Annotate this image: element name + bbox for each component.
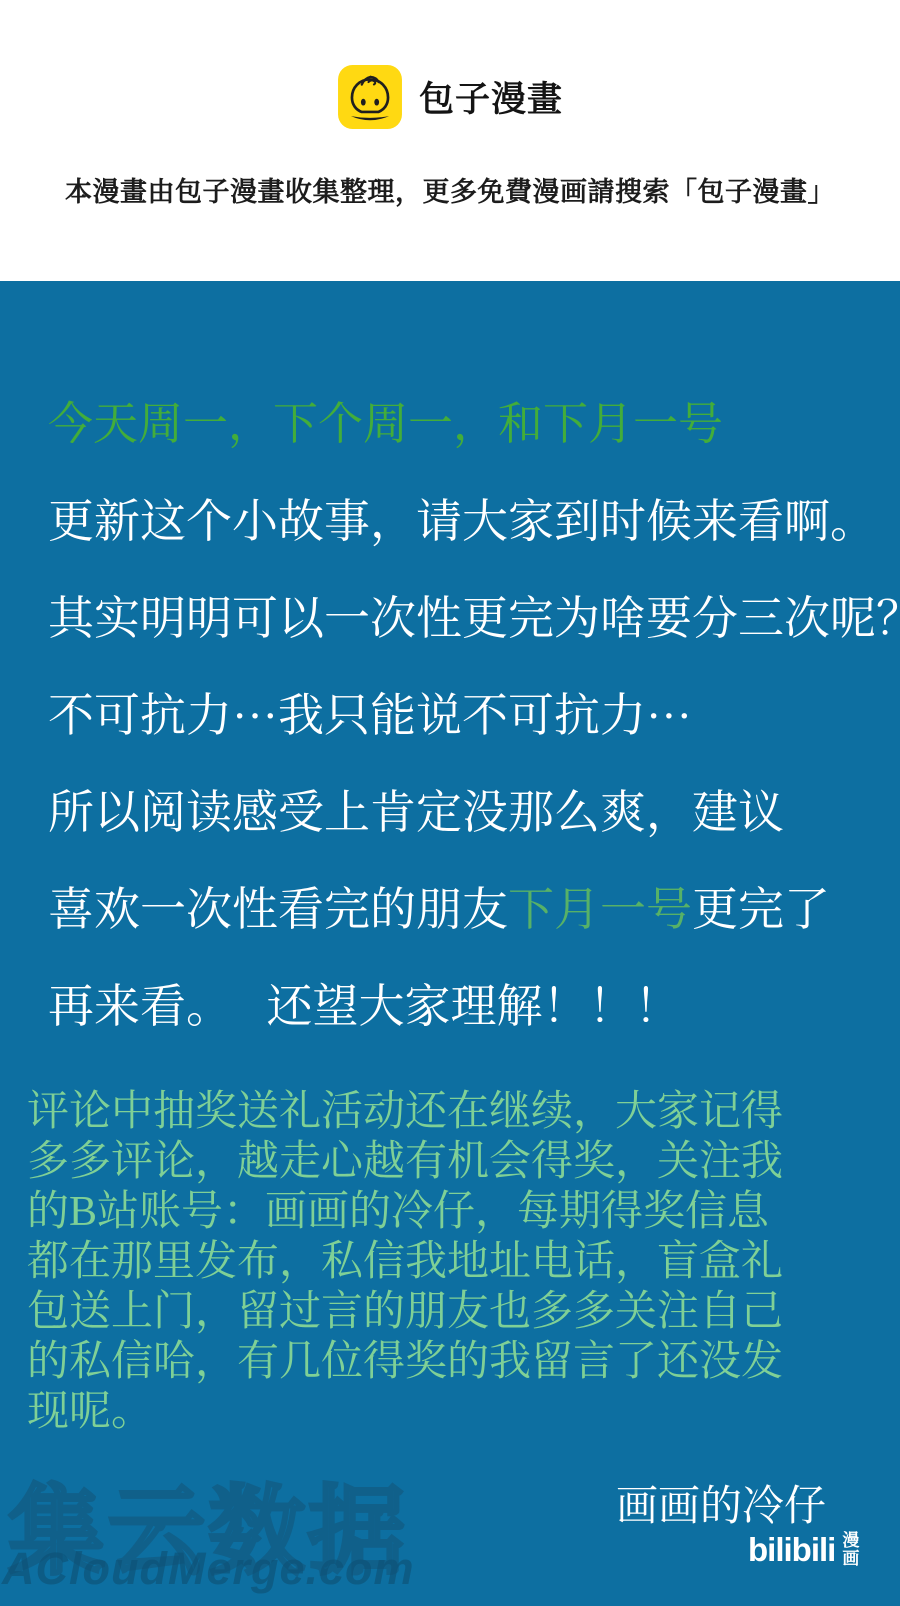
line5-pre-text: 喜欢一次性看完的朋友 (48, 884, 508, 935)
baozi-logo-icon (337, 64, 403, 130)
aggregator-watermark-url: ACloudMerge.com (2, 1543, 415, 1595)
promo-line-3: 的B站账号：画画的冷仔，每期得奖信息 (27, 1187, 889, 1237)
line5-highlight-date: 下月一号 (508, 884, 692, 935)
bilibili-suffix-char-top: 漫 (842, 1532, 859, 1550)
schedule-heading: 今天周一，下个周一，和下月一号 (48, 387, 723, 452)
bilibili-wordmark: bilibili (748, 1531, 835, 1569)
announcement-line-2: 其实明明可以一次性更完为啥要分三次呢？ (48, 582, 900, 648)
line5-post-text: 更完了 (692, 884, 830, 935)
lottery-promo-paragraph: 评论中抽奖送礼活动还在继续，大家记得 多多评论，越走心越有机会得奖，关注我 的B… (27, 1087, 889, 1437)
announcement-line-1: 更新这个小故事，请大家到时候来看啊。 (48, 485, 876, 551)
promo-line-4: 都在那里发布，私信我地址电话，盲盒礼 (27, 1237, 889, 1287)
bilibili-manga-logo: bilibili 漫 画 (748, 1531, 859, 1569)
promo-line-2: 多多评论，越走心越有机会得奖，关注我 (27, 1137, 889, 1187)
announcement-line-6: 再来看。 还望大家理解！！！ (48, 970, 681, 1036)
promo-line-7: 现呢。 (27, 1387, 889, 1437)
announcement-line-5: 喜欢一次性看完的朋友下月一号更完了 (48, 873, 830, 939)
author-signature: 画画的冷仔 (616, 1473, 826, 1533)
bilibili-manga-suffix: 漫 画 (842, 1532, 859, 1568)
site-logo-title: 包子漫畫 (419, 72, 563, 122)
announcement-line-3: 不可抗力···我只能说不可抗力··· (48, 679, 692, 745)
promo-line-1: 评论中抽奖送礼活动还在继续，大家记得 (27, 1087, 889, 1137)
promo-line-6: 的私信哈，有几位得奖的我留言了还没发 (27, 1337, 889, 1387)
collect-notice-text: 本漫畫由包子漫畫收集整理，更多免費漫画請搜索「包子漫畫」 (0, 170, 900, 209)
promo-line-5: 包送上门，留过言的朋友也多多关注自己 (27, 1287, 889, 1337)
site-header: 包子漫畫 (0, 64, 900, 130)
bilibili-suffix-char-bottom: 画 (842, 1550, 859, 1568)
announcement-panel: 今天周一，下个周一，和下月一号 更新这个小故事，请大家到时候来看啊。 其实明明可… (0, 281, 900, 1606)
announcement-line-4: 所以阅读感受上肯定没那么爽，建议 (48, 776, 784, 842)
